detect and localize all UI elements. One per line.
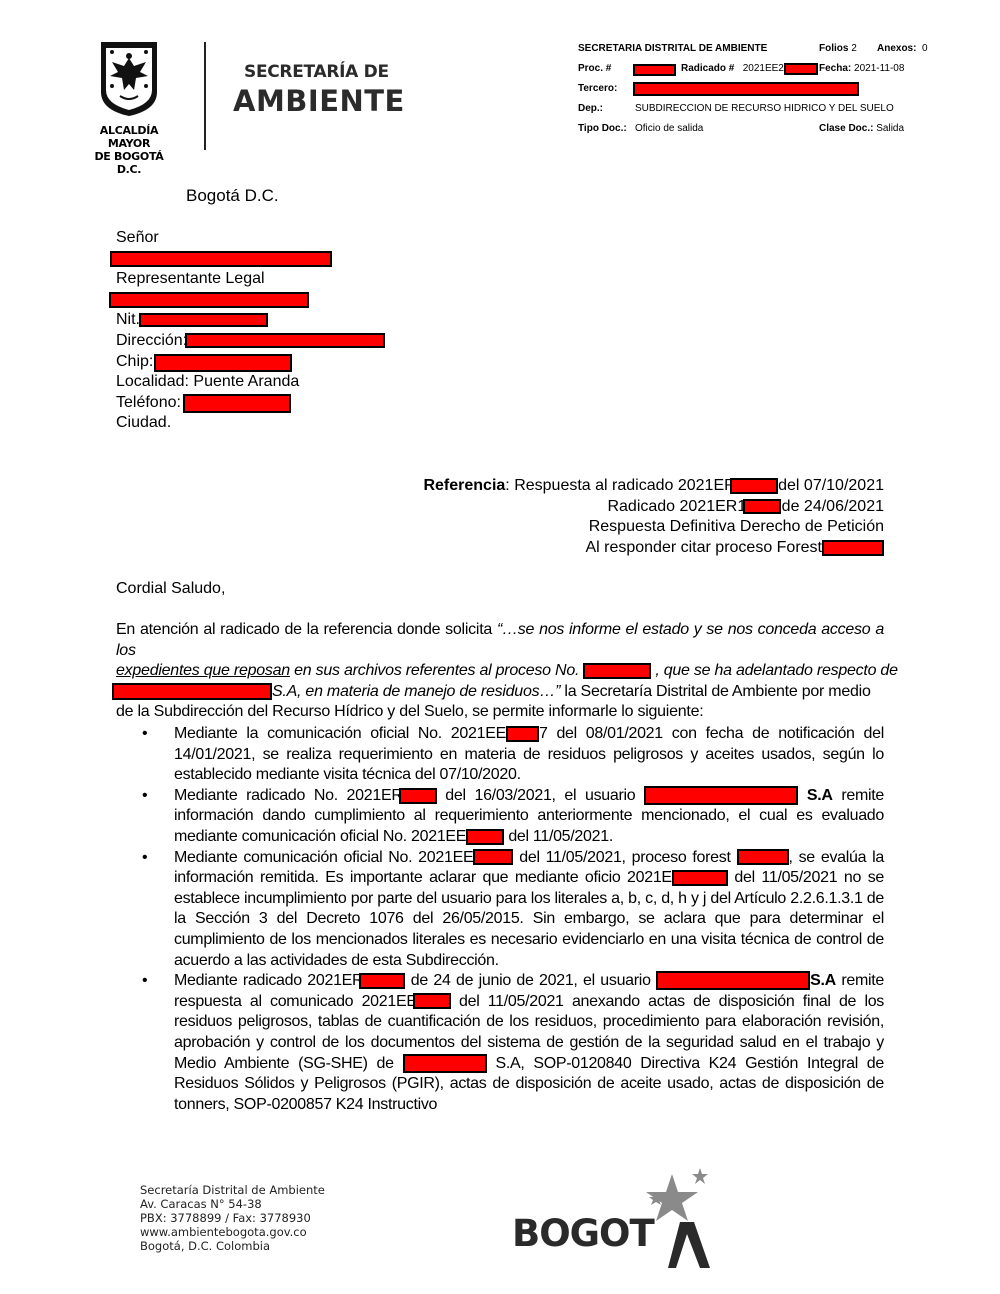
bullet-2-a: Mediante radicado No. 2021ER [174,787,403,804]
redacted-b3c [672,870,728,886]
bullet-icon: • [142,724,147,745]
radicado-value: 2021EE2 [743,63,784,74]
bullet-item: • Mediante radicado No. 2021ER del 16/03… [116,786,884,848]
reference-line2-b: de 24/06/2021 [777,498,884,515]
redacted-chip [154,354,292,372]
bogota-brand-logo: BOGOT [510,1164,720,1274]
greeting: Cordial Saludo, [116,579,225,600]
bogota-brand-text: BOGOT [512,1212,654,1255]
nit-label: Nit. [116,311,140,328]
tipo-doc-value: Oficio de salida [635,123,703,135]
tercero-label: Tercero: [578,83,617,94]
bullet-icon: • [142,848,147,869]
reference-line1-b: del 07/10/2021 [774,477,884,494]
bullet-3-b: del 11/05/2021, proceso forest [513,849,736,866]
redacted-tercero [633,82,859,96]
bullet-2-bold: S.A [807,787,833,804]
bullet-icon: • [142,971,147,992]
city-date: Bogotá D.C. [186,186,279,207]
tipo-doc-label: Tipo Doc.: [578,123,627,134]
redacted-b3b [737,849,789,865]
secretaria-title-large: AMBIENTE [233,84,405,118]
folios-label: Folios [819,43,848,54]
bullet-list: • Mediante la comunicación oficial No. 2… [116,724,884,1115]
recipient-salutation: Señor [116,228,416,249]
redacted-b4d [403,1054,487,1073]
redacted-recipient-name [110,251,332,267]
bullet-item: • Mediante comunicación oficial No. 2021… [116,848,884,972]
redacted-b2b [644,786,798,805]
redacted-telefono [183,394,291,413]
dep-value: SUBDIRECCION DE RECURSO HIDRICO Y DEL SU… [635,103,894,115]
fecha-value: 2021-11-08 [854,63,904,74]
redacted-ref2 [743,499,781,514]
footer-line: Av. Caracas N° 54-38 [140,1197,325,1211]
bogota-coat-of-arms-icon [98,40,160,118]
secretaria-title-small: SECRETARÍA DE [244,62,389,82]
alcaldia-logo: ALCALDÍA MAYOR DE BOGOTÁ D.C. [86,40,172,176]
reference-block: Referencia: Respuesta al radicado 2021ER… [400,476,884,558]
bullet-item: • Mediante la comunicación oficial No. 2… [116,724,884,786]
intro-quote-4: , que se ha adelantado respecto de [655,662,897,679]
bullet-2-b: del 16/03/2021, el usuario [437,787,645,804]
redacted-direccion [185,333,385,348]
footer-line: Secretaría Distrital de Ambiente [140,1183,325,1197]
redacted-b4c [413,993,451,1009]
bullet-3-a: Mediante comunicación oficial No. 2021EE [174,849,473,866]
folios-value: 2 [851,43,857,54]
proc-label: Proc. # [578,63,611,74]
bullet-4-bold: S.A [810,972,836,989]
chip-label: Chip: [116,353,153,370]
intro-quote-3: en sus archivos referentes al proceso No… [290,662,583,679]
redacted-b2c [466,829,504,845]
bullet-4-a: Mediante radicado 2021ER [174,972,363,989]
radicado-label: Radicado # [681,63,734,74]
redacted-b4b [656,971,810,990]
footer-address: Secretaría Distrital de Ambiente Av. Car… [140,1183,325,1253]
redacted-forest [822,540,884,556]
logo-divider [204,42,206,150]
redacted-ref1 [730,478,778,494]
telefono-label: Teléfono: [116,394,181,411]
anexos-value: 0 [922,43,928,54]
fecha-label: Fecha: [819,63,851,74]
redacted-radicado [784,63,818,75]
clase-doc-label: Clase Doc.: [819,123,873,134]
anexos-label: Anexos: [877,43,916,54]
redacted-company-name [109,292,309,308]
redacted-b3a [473,849,513,865]
direccion-label: Dirección: [116,332,187,349]
dep-label: Dep.: [578,103,603,114]
redacted-b2a [399,788,437,804]
bullet-2-d: del 11/05/2021. [504,828,613,845]
ciudad: Ciudad. [116,413,416,434]
alcaldia-line2: DE BOGOTÁ D.C. [86,150,172,176]
bullet-item: • Mediante radicado 2021ER de 24 de juni… [116,971,884,1115]
reference-line1-a: : Respuesta al radicado 2021ER [505,477,735,494]
reference-line2-a: Radicado 2021ER1 [607,498,746,515]
footer-line: PBX: 3778899 / Fax: 3778930 [140,1211,325,1225]
intro-paragraph: En atención al radicado de la referencia… [116,620,884,723]
reference-line3: Respuesta Definitiva Derecho de Petición [400,517,884,538]
recipient-block: Señor Representante Legal Nit. Dirección… [116,228,416,434]
alcaldia-line1: ALCALDÍA MAYOR [86,124,172,150]
footer-line: www.ambientebogota.gov.co [140,1225,325,1239]
radication-stamp: SECRETARIA DISTRITAL DE AMBIENTE Folios … [578,43,948,143]
redacted-company-intro [112,683,272,700]
redacted-nit [139,313,268,327]
reference-label: Referencia [423,477,505,494]
recipient-role: Representante Legal [116,269,416,290]
localidad: Localidad: Puente Aranda [116,372,416,393]
clase-doc-value: Salida [876,123,904,134]
redacted-b4a [359,973,405,989]
bullet-icon: • [142,786,147,807]
intro-quote-2: expedientes que reposan [116,662,290,679]
intro-quote-5: S.A, en materia de manejo de residuos…” [272,683,560,700]
redacted-proceso [583,663,651,679]
bullet-1-a: Mediante la comunicación oficial No. 202… [174,725,506,742]
redacted-proc [633,64,676,76]
bullet-4-b: de 24 de junio de 2021, el usuario [405,972,656,989]
redacted-b1 [506,726,539,742]
footer-line: Bogotá, D.C. Colombia [140,1239,325,1253]
stamp-entity: SECRETARIA DISTRITAL DE AMBIENTE [578,43,767,54]
intro-text-1: En atención al radicado de la referencia… [116,621,497,638]
reference-line4: Al responder citar proceso Forest [585,539,822,556]
